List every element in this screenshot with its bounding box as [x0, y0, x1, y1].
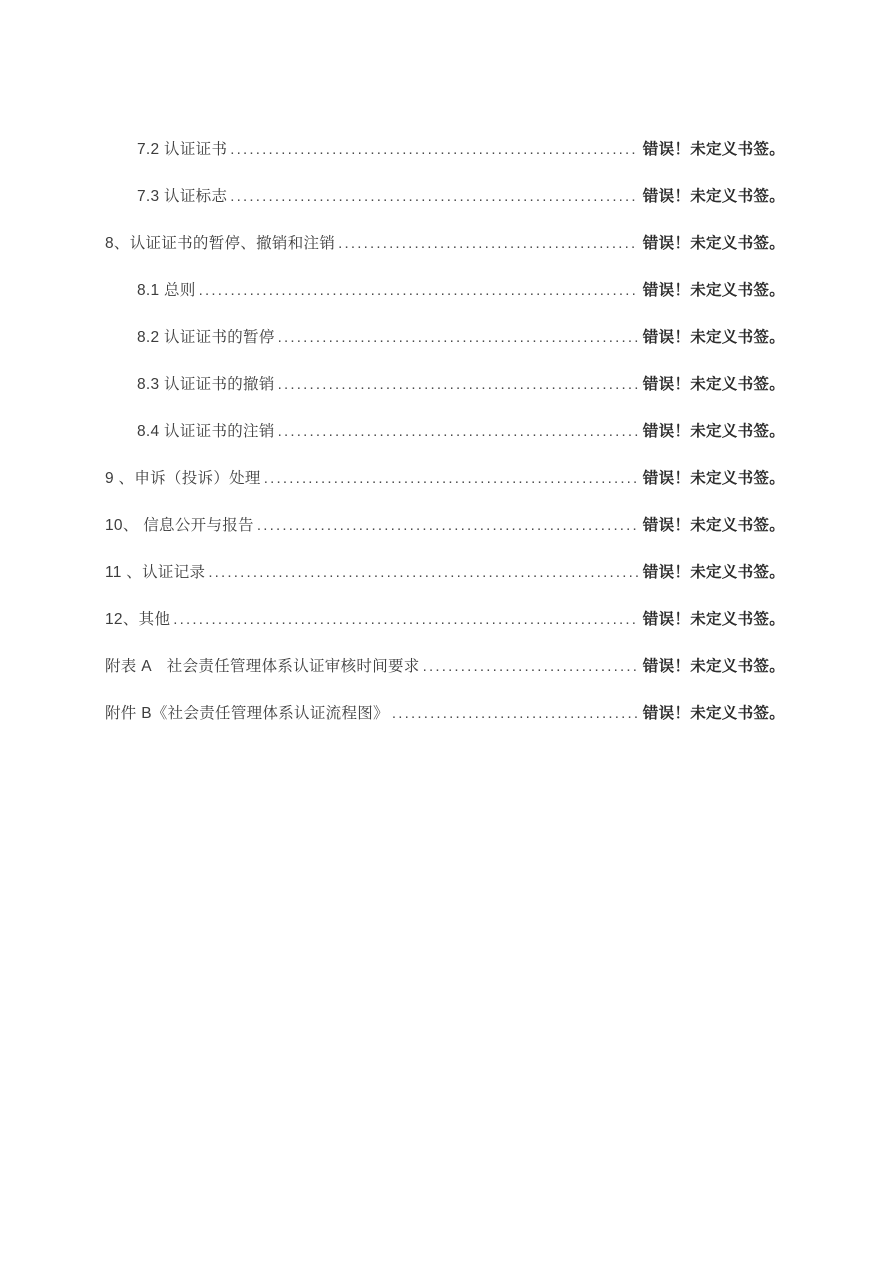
toc-entry[interactable]: 9 、申诉（投诉）处理 ............................… [105, 470, 785, 517]
toc-error-bookmark-label: 错误！未定义书签。 [638, 658, 785, 675]
toc-dot-leader: ........................................… [278, 423, 638, 440]
toc-dot-leader: ........................................… [173, 611, 638, 628]
toc-dot-leader: ........................................… [264, 470, 638, 487]
toc-entry-title: 8.3 认证证书的撤销 [137, 376, 278, 393]
toc-dot-leader: ........................................… [199, 282, 638, 299]
toc-dot-leader: ........................................… [423, 658, 638, 675]
toc-entry-title: 7.3 认证标志 [137, 188, 230, 205]
toc-error-bookmark-label: 错误！未定义书签。 [638, 564, 785, 581]
toc-error-bookmark-label: 错误！未定义书签。 [638, 611, 785, 628]
toc-error-bookmark-label: 错误！未定义书签。 [638, 141, 785, 158]
toc-entry[interactable]: 7.2 认证证书 ...............................… [105, 141, 785, 188]
toc-error-bookmark-label: 错误！未定义书签。 [638, 188, 785, 205]
toc-dot-leader: ........................................… [278, 376, 638, 393]
toc-entry[interactable]: 7.3 认证标志 ...............................… [105, 188, 785, 235]
toc-entry-title: 附表 A 社会责任管理体系认证审核时间要求 [105, 658, 423, 675]
toc-error-bookmark-label: 错误！未定义书签。 [638, 423, 785, 440]
toc-entry-title: 11 、认证记录 [105, 564, 208, 581]
toc-dot-leader: ........................................… [230, 141, 638, 158]
toc-error-bookmark-label: 错误！未定义书签。 [638, 235, 785, 252]
toc-entry-title: 7.2 认证证书 [137, 141, 230, 158]
toc-error-bookmark-label: 错误！未定义书签。 [638, 470, 785, 487]
toc-dot-leader: ........................................… [278, 329, 638, 346]
toc-dot-leader: ........................................… [392, 705, 638, 722]
toc-dot-leader: ........................................… [257, 517, 638, 534]
toc-entry-title: 8.1 总则 [137, 282, 199, 299]
toc-entry[interactable]: 12、其他 ..................................… [105, 611, 785, 658]
toc-entry[interactable]: 8.3 认证证书的撤销 ............................… [105, 376, 785, 423]
toc-entry-title: 10、 信息公开与报告 [105, 517, 257, 534]
toc-entry-title: 12、其他 [105, 611, 173, 628]
toc-error-bookmark-label: 错误！未定义书签。 [638, 705, 785, 722]
toc-dot-leader: ........................................… [230, 188, 638, 205]
table-of-contents: 7.2 认证证书 ...............................… [105, 141, 785, 752]
toc-entry-title: 附件 B《社会责任管理体系认证流程图》 [105, 705, 392, 722]
toc-entry-title: 9 、申诉（投诉）处理 [105, 470, 264, 487]
document-page: 7.2 认证证书 ...............................… [0, 0, 892, 1262]
toc-entry[interactable]: 8.1 总则 .................................… [105, 282, 785, 329]
toc-dot-leader: ........................................… [338, 235, 638, 252]
toc-entry[interactable]: 11 、认证记录 ...............................… [105, 564, 785, 611]
toc-entry-title: 8.4 认证证书的注销 [137, 423, 278, 440]
toc-error-bookmark-label: 错误！未定义书签。 [638, 517, 785, 534]
toc-entry-title: 8.2 认证证书的暂停 [137, 329, 278, 346]
toc-entry[interactable]: 附表 A 社会责任管理体系认证审核时间要求 ..................… [105, 658, 785, 705]
toc-dot-leader: ........................................… [208, 564, 637, 581]
toc-error-bookmark-label: 错误！未定义书签。 [638, 329, 785, 346]
toc-entry[interactable]: 附件 B《社会责任管理体系认证流程图》 ....................… [105, 705, 785, 752]
toc-entry[interactable]: 10、 信息公开与报告 ............................… [105, 517, 785, 564]
toc-entry[interactable]: 8.4 认证证书的注销 ............................… [105, 423, 785, 470]
toc-error-bookmark-label: 错误！未定义书签。 [638, 376, 785, 393]
toc-entry[interactable]: 8.2 认证证书的暂停 ............................… [105, 329, 785, 376]
toc-entry-title: 8、认证证书的暂停、撤销和注销 [105, 235, 338, 252]
toc-error-bookmark-label: 错误！未定义书签。 [638, 282, 785, 299]
toc-entry[interactable]: 8、认证证书的暂停、撤销和注销 ........................… [105, 235, 785, 282]
